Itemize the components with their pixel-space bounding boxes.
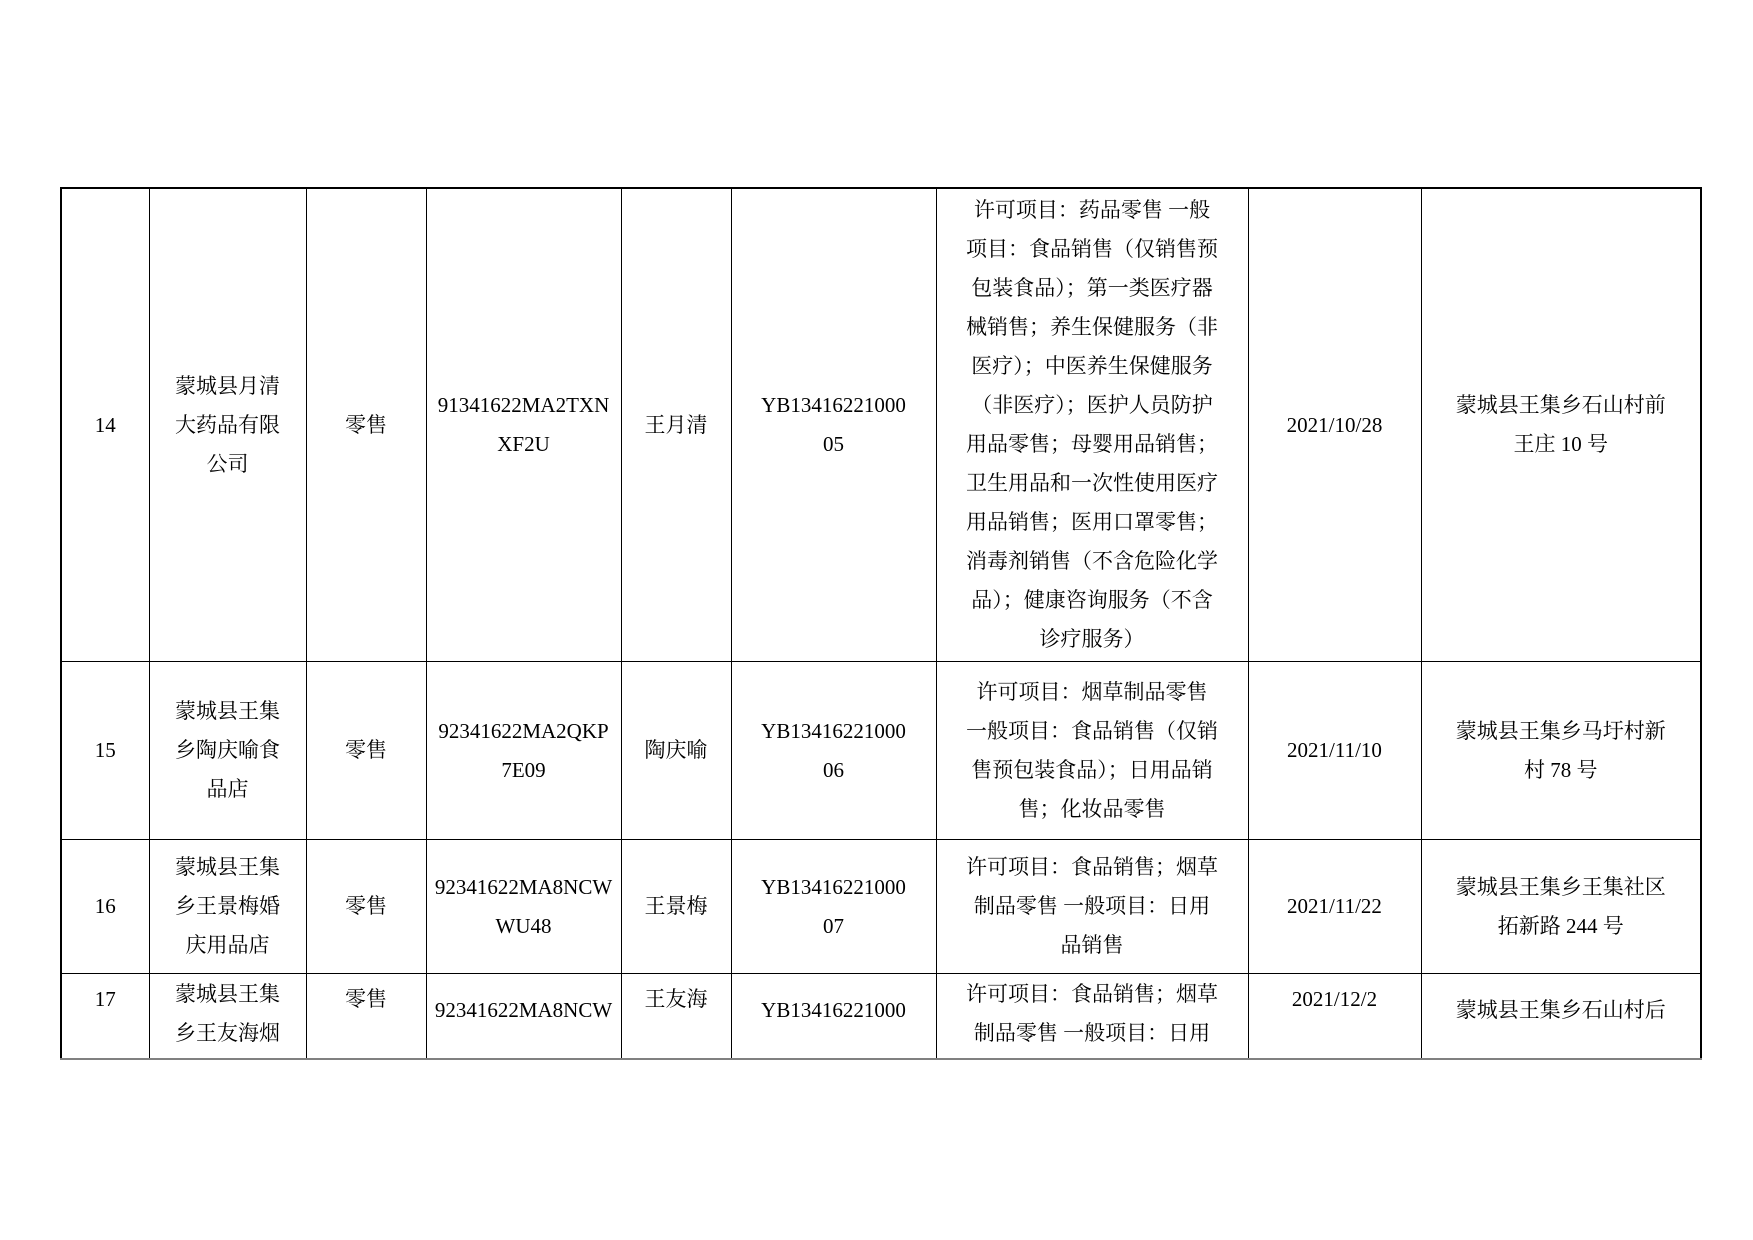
cell-address: 蒙城县王集乡石山村前 王庄 10 号 (1421, 188, 1701, 662)
cell-company-name: 蒙城县王集 乡王景梅婚 庆用品店 (149, 840, 306, 974)
cell-seq-number: 15 (61, 662, 149, 840)
cell-license-number: YB13416221000 05 (731, 188, 936, 662)
cell-license-number: YB13416221000 (731, 974, 936, 1059)
license-table: 14 蒙城县月清 大药品有限 公司 零售 91341622MA2TXN XF2U… (60, 187, 1702, 1060)
cell-license-scope: 许可项目：药品零售 一般 项目：食品销售（仅销售预 包装食品）；第一类医疗器 械… (936, 188, 1248, 662)
cell-seq-number: 14 (61, 188, 149, 662)
cell-license-scope: 许可项目：食品销售；烟草 制品零售 一般项目：日用 品销售 (936, 840, 1248, 974)
cell-business-type: 零售 (306, 974, 426, 1059)
cell-company-name: 蒙城县王集 乡王友海烟 (149, 974, 306, 1059)
cell-legal-person: 王友海 (621, 974, 731, 1059)
cell-address: 蒙城县王集乡石山村后 (1421, 974, 1701, 1059)
cell-business-type: 零售 (306, 840, 426, 974)
cell-license-scope: 许可项目：烟草制品零售 一般项目：食品销售（仅销 售预包装食品）；日用品销 售；… (936, 662, 1248, 840)
table-row: 15 蒙城县王集 乡陶庆喻食 品店 零售 92341622MA2QKP 7E09… (61, 662, 1701, 840)
cell-license-number: YB13416221000 07 (731, 840, 936, 974)
cell-seq-number: 16 (61, 840, 149, 974)
cell-seq-number: 17 (61, 974, 149, 1059)
table-row: 14 蒙城县月清 大药品有限 公司 零售 91341622MA2TXN XF2U… (61, 188, 1701, 662)
cell-approval-date: 2021/11/22 (1248, 840, 1421, 974)
cell-address: 蒙城县王集乡王集社区 拓新路 244 号 (1421, 840, 1701, 974)
cell-address: 蒙城县王集乡马圩村新 村 78 号 (1421, 662, 1701, 840)
cell-credit-code: 92341622MA8NCW WU48 (426, 840, 621, 974)
cell-credit-code: 92341622MA8NCW (426, 974, 621, 1059)
cell-legal-person: 王月清 (621, 188, 731, 662)
cell-license-number: YB13416221000 06 (731, 662, 936, 840)
document-page: 14 蒙城县月清 大药品有限 公司 零售 91341622MA2TXN XF2U… (0, 0, 1753, 1240)
cell-business-type: 零售 (306, 662, 426, 840)
cell-company-name: 蒙城县月清 大药品有限 公司 (149, 188, 306, 662)
table-row: 16 蒙城县王集 乡王景梅婚 庆用品店 零售 92341622MA8NCW WU… (61, 840, 1701, 974)
cell-company-name: 蒙城县王集 乡陶庆喻食 品店 (149, 662, 306, 840)
cell-credit-code: 92341622MA2QKP 7E09 (426, 662, 621, 840)
cell-legal-person: 王景梅 (621, 840, 731, 974)
cell-legal-person: 陶庆喻 (621, 662, 731, 840)
cell-license-scope: 许可项目：食品销售；烟草 制品零售 一般项目：日用 (936, 974, 1248, 1059)
cell-approval-date: 2021/12/2 (1248, 974, 1421, 1059)
table-row-clipped: 17 蒙城县王集 乡王友海烟 零售 92341622MA8NCW 王友海 YB1… (61, 974, 1701, 1059)
cell-approval-date: 2021/11/10 (1248, 662, 1421, 840)
cell-approval-date: 2021/10/28 (1248, 188, 1421, 662)
cell-business-type: 零售 (306, 188, 426, 662)
cell-credit-code: 91341622MA2TXN XF2U (426, 188, 621, 662)
